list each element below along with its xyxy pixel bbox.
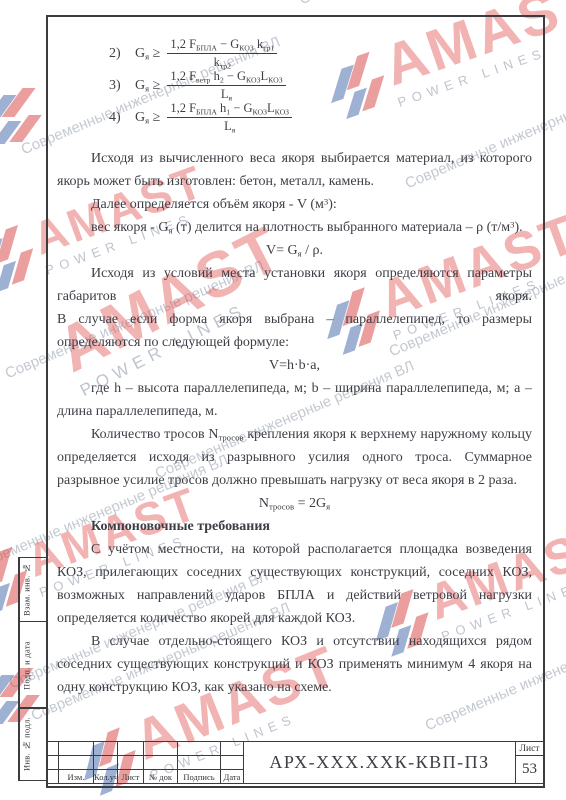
fraction-denominator: kтр2 xyxy=(214,54,231,69)
titleblock-empty-cell xyxy=(59,742,94,756)
stamp-cell-inv-podl: Инв. № подл. xyxy=(18,707,47,781)
fraction-denominator: Lя xyxy=(221,86,232,101)
formula-list: 2)Gя ≥1,2 FБПЛА − GКОЗ kтр1kтр23)Gя ≥1,2… xyxy=(57,37,532,133)
titleblock-empty-cell xyxy=(47,742,59,756)
split-right: якоря. xyxy=(496,285,532,308)
section-heading: Компоновочные требования xyxy=(57,515,532,538)
fraction-numerator: 1,2 Fветр h2 − GКОЗLКОЗ xyxy=(167,69,285,85)
paragraph: Исходя из условий места установки якоря … xyxy=(57,262,532,285)
stamp-cell-empty xyxy=(33,622,46,708)
formula-fraction: 1,2 FБПЛА h1 − GКОЗLКОЗLя xyxy=(167,101,292,133)
titleblock-empty-cell xyxy=(118,742,144,756)
stamp-cell-label: Взам. инв. № xyxy=(19,558,33,621)
stamp-cell-label: Инв. № подл. xyxy=(19,708,33,780)
paragraph: Далее определяется объём якоря - V (м3): xyxy=(57,193,532,216)
titleblock-col-izm: Изм. xyxy=(59,770,94,784)
stamp-cell-label: Подп. и дата xyxy=(19,622,33,708)
titleblock-empty-cell xyxy=(144,742,178,756)
titleblock-empty-cell xyxy=(178,756,221,770)
titleblock-col-list: Лист xyxy=(118,770,144,784)
paragraph: В случае если форма якоря выбрана – пара… xyxy=(57,308,532,354)
sheet-label: Лист xyxy=(516,742,544,756)
formula-lhs: Gя ≥ xyxy=(135,106,160,129)
stamp-cell-podp-data: Подп. и дата xyxy=(18,621,47,709)
formula-fraction: 1,2 Fветр h2 − GКОЗLКОЗLя xyxy=(167,69,285,101)
stamp-cell-empty xyxy=(33,708,46,780)
titleblock-col-koluch: Кол.уч xyxy=(94,770,118,784)
formula-row: 2)Gя ≥1,2 FБПЛА − GКОЗ kтр1kтр2 xyxy=(109,37,532,69)
titleblock-col-ndok: № док xyxy=(144,770,178,784)
formula-number: 3) xyxy=(109,74,135,97)
watermark xyxy=(0,88,38,151)
titleblock-empty-cell xyxy=(47,756,59,770)
fraction-denominator: Lя xyxy=(224,118,235,133)
titleblock-empty-cell xyxy=(221,742,244,756)
paragraph: Количество тросов Nтросов крепления якор… xyxy=(57,423,532,492)
left-stamp-column: Взам. инв. № Подп. и дата Инв. № подл. xyxy=(18,557,47,781)
stamp-cell-vzam-inv: Взам. инв. № xyxy=(18,557,47,622)
formula-number: 2) xyxy=(109,42,135,65)
paragraph: Nтросов = 2Gя xyxy=(57,492,532,515)
watermark-tagline: Современные инженерные решения ВЛ xyxy=(297,0,561,8)
titleblock-empty-cell xyxy=(221,756,244,770)
amast-logo-icon xyxy=(0,224,40,297)
stamp-cell-empty xyxy=(33,558,46,621)
titleblock-col-podpis: Подпись xyxy=(178,770,221,784)
formula-number: 4) xyxy=(109,106,135,129)
amast-logo-icon xyxy=(0,88,38,146)
page-content: 2)Gя ≥1,2 FБПЛА − GКОЗ kтр1kтр23)Gя ≥1,2… xyxy=(57,37,532,699)
fraction-numerator: 1,2 FБПЛА h1 − GКОЗLКОЗ xyxy=(167,101,292,117)
titleblock-empty-cell xyxy=(144,756,178,770)
paragraphs: Исходя из вычисленного веса якоря выбира… xyxy=(57,147,532,699)
titleblock-empty-cell xyxy=(94,742,118,756)
split-left: габаритов xyxy=(57,285,116,308)
titleblock-empty-cell xyxy=(94,756,118,770)
paragraph: вес якоря - Gя (т) делится на плотность … xyxy=(57,216,532,239)
formula-lhs: Gя ≥ xyxy=(135,74,160,97)
fraction-numerator: 1,2 FБПЛА − GКОЗ kтр1 xyxy=(167,37,277,53)
title-block: АРХ-ХХХ.ХХК-КВП-ПЗ Лист 53 Изм. Кол.уч Л… xyxy=(46,741,544,784)
titleblock-empty-cell xyxy=(47,770,59,784)
paragraph: С учётом местности, на которой располага… xyxy=(57,538,532,630)
formula-row: 3)Gя ≥1,2 Fветр h2 − GКОЗLКОЗLя xyxy=(109,69,532,101)
paragraph: где h – высота параллелепипеда, м; b – ш… xyxy=(57,377,532,423)
paragraph-split-line: габаритовякоря. xyxy=(57,285,532,308)
paragraph: V=h·b·a, xyxy=(57,354,532,377)
titleblock-col-data: Дата xyxy=(221,770,244,784)
titleblock-empty-cell xyxy=(178,742,221,756)
formula-row: 4)Gя ≥1,2 FБПЛА h1 − GКОЗLКОЗLя xyxy=(109,101,532,133)
paragraph: Исходя из вычисленного веса якоря выбира… xyxy=(57,147,532,193)
titleblock-empty-cell xyxy=(59,756,94,770)
paragraph: V= Gя / ρ. xyxy=(57,239,532,262)
document-number: АРХ-ХХХ.ХХК-КВП-ПЗ xyxy=(244,742,516,784)
paragraph: В случае отдельно-стоящего КОЗ и отсутст… xyxy=(57,630,532,699)
sheet-number: 53 xyxy=(516,756,544,784)
document-page: { "watermark": { "brand": "AMAST", "subb… xyxy=(0,0,566,800)
formula-lhs: Gя ≥ xyxy=(135,42,160,65)
titleblock-empty-cell xyxy=(118,756,144,770)
formula-fraction: 1,2 FБПЛА − GКОЗ kтр1kтр2 xyxy=(167,37,277,69)
